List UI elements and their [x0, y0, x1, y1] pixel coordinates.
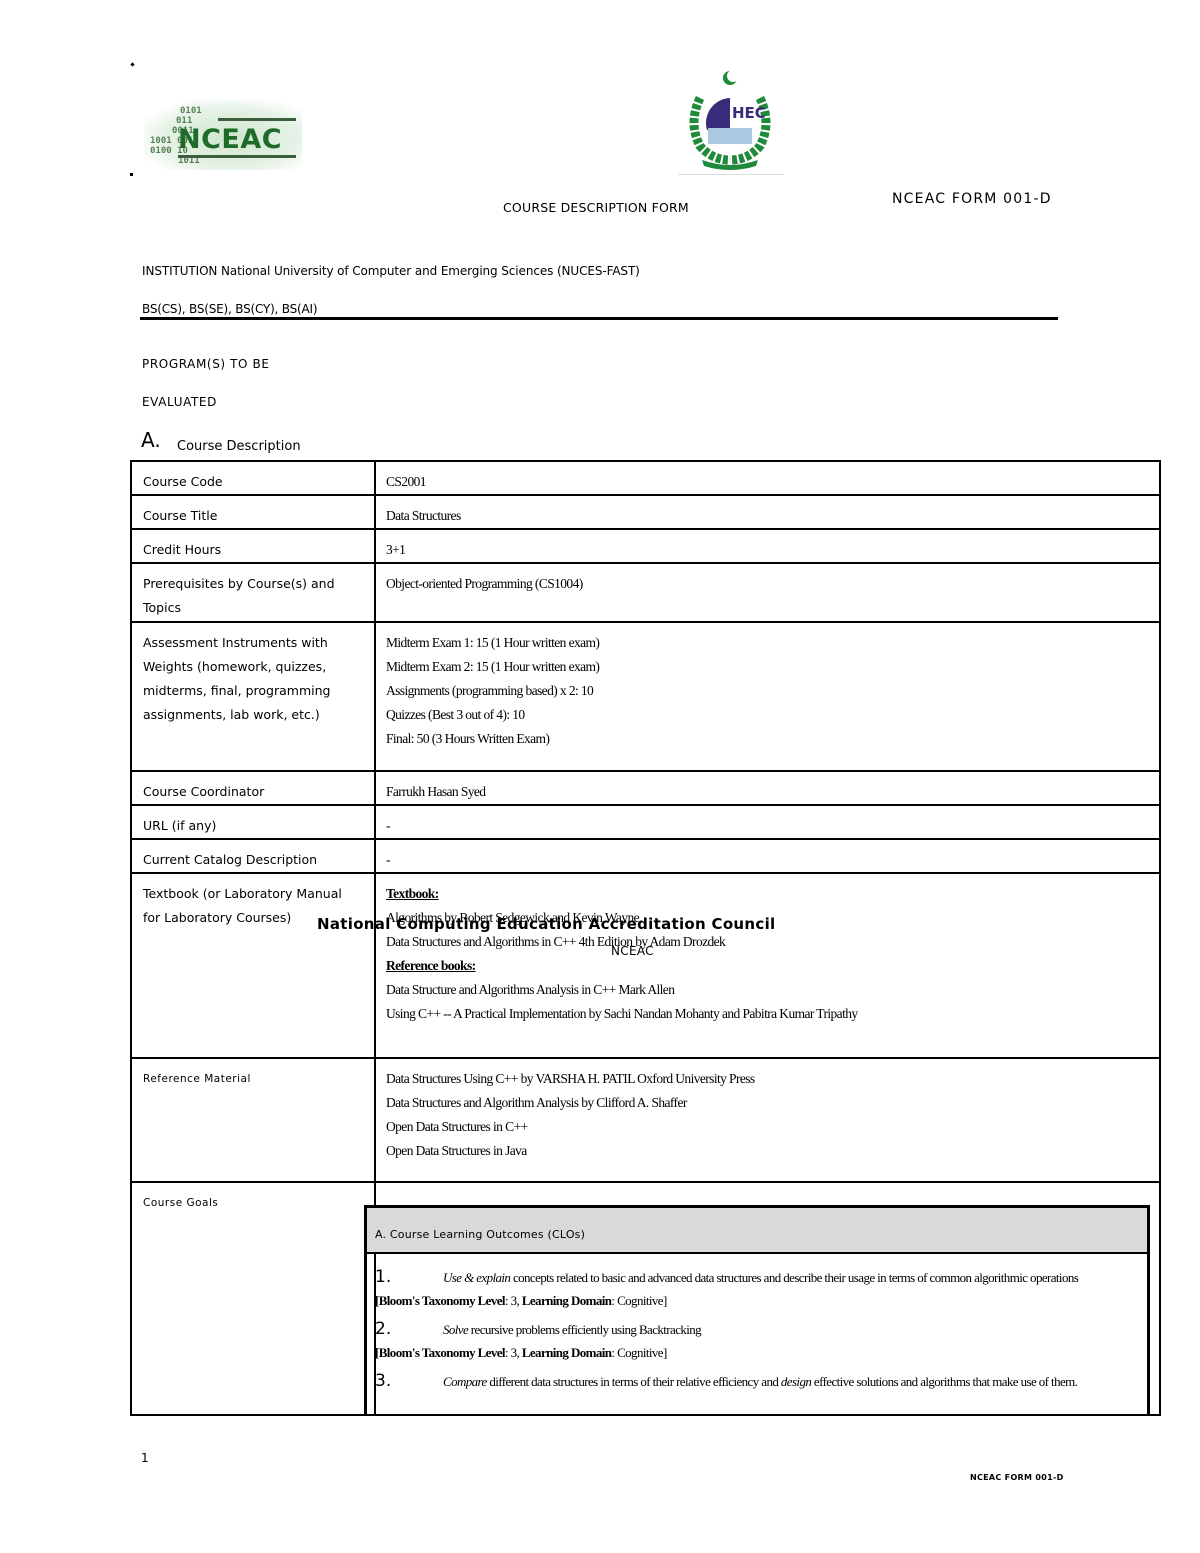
- nceac-logo: 0101 011 0011 1001 001 0100 10 1011 NCEA…: [144, 100, 302, 170]
- clo-item: 1.Use & explain concepts related to basi…: [367, 1267, 1147, 1309]
- course-code-value: CS2001: [375, 461, 1160, 495]
- course-goals-label: Course Goals: [131, 1182, 375, 1417]
- textbook-item: Data Structures and Algorithms in C++ 4t…: [386, 930, 1149, 954]
- footer-form-code: NCEAC FORM 001-D: [970, 1473, 1064, 1482]
- table-row: Textbook (or Laboratory Manual for Labor…: [131, 873, 1160, 1058]
- institution-line: INSTITUTION National University of Compu…: [142, 264, 640, 278]
- assessment-item: Assignments (programming based) x 2: 10: [386, 679, 1149, 703]
- clo-number: 3.: [375, 1371, 443, 1391]
- course-title-label: Course Title: [131, 495, 375, 529]
- clo-box: A. Course Learning Outcomes (CLOs) 1.Use…: [364, 1205, 1150, 1435]
- reference-books-heading: Reference books:: [386, 954, 1149, 978]
- textbook-label: Textbook (or Laboratory Manual for Labor…: [131, 873, 375, 1058]
- clo-item: 3.Compare different data structures in t…: [367, 1371, 1147, 1391]
- catalog-label: Current Catalog Description: [131, 839, 375, 873]
- prerequisites-value: Object-oriented Programming (CS1004): [375, 563, 1160, 622]
- assessment-item: Quizzes (Best 3 out of 4): 10: [386, 703, 1149, 727]
- clo-number: 2.: [375, 1319, 443, 1339]
- course-code-label: Course Code: [131, 461, 375, 495]
- table-row: Credit Hours 3+1: [131, 529, 1160, 563]
- hec-emblem-icon: HEC: [678, 68, 784, 174]
- watermark-title: National Computing Education Accreditati…: [317, 915, 775, 933]
- clo-item: 2.Solve recursive problems efficiently u…: [367, 1319, 1147, 1361]
- section-title: Course Description: [177, 439, 301, 454]
- table-row: Course Code CS2001: [131, 461, 1160, 495]
- form-title: COURSE DESCRIPTION FORM: [503, 200, 689, 215]
- textbook-values: Textbook: Algorithms by Robert Sedgewick…: [375, 873, 1160, 1058]
- table-row: Course Coordinator Farrukh Hasan Syed: [131, 771, 1160, 805]
- programs-label-cont: EVALUATED: [142, 395, 217, 409]
- watermark-abbr: NCEAC: [611, 944, 654, 958]
- url-value: -: [375, 805, 1160, 839]
- table-row: Course Title Data Structures: [131, 495, 1160, 529]
- assessment-item: Final: 50 (3 Hours Written Exam): [386, 727, 1149, 751]
- assessment-item: Midterm Exam 2: 15 (1 Hour written exam): [386, 655, 1149, 679]
- reference-material-item: Open Data Structures in Java: [386, 1139, 1149, 1163]
- reference-book-item: Data Structure and Algorithms Analysis i…: [386, 978, 1149, 1002]
- reference-material-values: Data Structures Using C++ by VARSHA H. P…: [375, 1058, 1160, 1182]
- programs-value: BS(CS), BS(SE), BS(CY), BS(AI): [142, 302, 317, 316]
- stray-mark: [130, 62, 134, 66]
- form-code: NCEAC FORM 001-D: [892, 192, 1052, 203]
- reference-material-label: Reference Material: [131, 1058, 375, 1182]
- table-row: Reference Material Data Structures Using…: [131, 1058, 1160, 1182]
- hec-logo: HEC: [678, 68, 784, 175]
- table-row: Prerequisites by Course(s) and Topics Ob…: [131, 563, 1160, 622]
- reference-book-item: Using C++ -- A Practical Implementation …: [386, 1002, 1149, 1026]
- reference-material-item: Data Structures and Algorithm Analysis b…: [386, 1091, 1149, 1115]
- table-row: Assessment Instruments with Weights (hom…: [131, 622, 1160, 771]
- assessment-values: Midterm Exam 1: 15 (1 Hour written exam)…: [375, 622, 1160, 771]
- clo-number: 1.: [375, 1267, 443, 1287]
- nceac-logo-text: NCEAC: [178, 124, 282, 155]
- section-letter: A.: [141, 428, 161, 452]
- page-mask: [128, 1416, 1168, 1446]
- credit-hours-label: Credit Hours: [131, 529, 375, 563]
- clo-heading: A. Course Learning Outcomes (CLOs): [367, 1208, 1147, 1254]
- prerequisites-label: Prerequisites by Course(s) and Topics: [131, 563, 375, 622]
- table-row: URL (if any) -: [131, 805, 1160, 839]
- textbook-heading: Textbook:: [386, 882, 1149, 906]
- reference-material-item: Data Structures Using C++ by VARSHA H. P…: [386, 1067, 1149, 1091]
- coordinator-value: Farrukh Hasan Syed: [375, 771, 1160, 805]
- url-label: URL (if any): [131, 805, 375, 839]
- svg-text:HEC: HEC: [732, 104, 766, 122]
- course-title-value: Data Structures: [375, 495, 1160, 529]
- reference-material-item: Open Data Structures in C++: [386, 1115, 1149, 1139]
- table-row: Current Catalog Description -: [131, 839, 1160, 873]
- divider: [140, 317, 1058, 320]
- stray-mark: [130, 173, 133, 176]
- assessment-item: Midterm Exam 1: 15 (1 Hour written exam): [386, 631, 1149, 655]
- assessment-label: Assessment Instruments with Weights (hom…: [131, 622, 375, 771]
- programs-label: PROGRAM(S) TO BE: [142, 357, 270, 371]
- catalog-value: -: [375, 839, 1160, 873]
- page-number: 1: [141, 1451, 149, 1465]
- credit-hours-value: 3+1: [375, 529, 1160, 563]
- coordinator-label: Course Coordinator: [131, 771, 375, 805]
